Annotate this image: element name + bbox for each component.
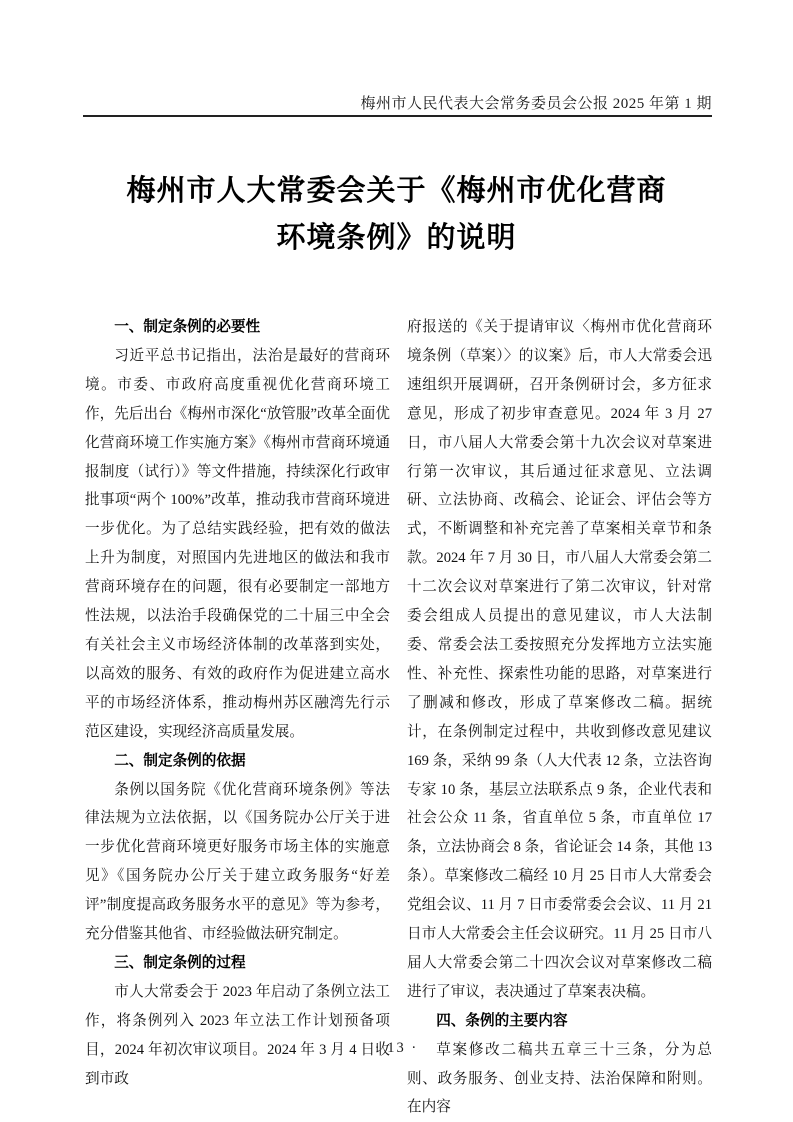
section-heading: 三、制定条例的过程 — [85, 949, 390, 978]
column-right: 府报送的《关于提请审议〈梅州市优化营商环境条例（草案）〉的议案》后，市人大常委会… — [407, 313, 712, 1122]
document-title-line-1: 梅州市人大常委会关于《梅州市优化营商 — [0, 168, 793, 215]
column-left: 一、制定条例的必要性习近平总书记指出，法治是最好的营商环境。市委、市政府高度重视… — [85, 313, 390, 1122]
gazette-page: 梅州市人民代表大会常务委员会公报 2025 年第 1 期 梅州市人大常委会关于《… — [0, 0, 793, 1122]
paragraph: 市人大常委会于 2023 年启动了条例立法工作，将条例列入 2023 年立法工作… — [85, 978, 390, 1094]
body-columns: 一、制定条例的必要性习近平总书记指出，法治是最好的营商环境。市委、市政府高度重视… — [85, 313, 712, 1122]
paragraph: 习近平总书记指出，法治是最好的营商环境。市委、市政府高度重视优化营商环境工作，先… — [85, 342, 390, 747]
header-rule-divider — [83, 115, 712, 117]
section-heading: 四、条例的主要内容 — [407, 1007, 712, 1036]
document-title-line-2: 环境条例》的说明 — [0, 215, 793, 262]
paragraph: 府报送的《关于提请审议〈梅州市优化营商环境条例（草案）〉的议案》后，市人大常委会… — [407, 313, 712, 1007]
paragraph: 条例以国务院《优化营商环境条例》等法律法规为立法依据，以《国务院办公厅关于进一步… — [85, 776, 390, 949]
document-title: 梅州市人大常委会关于《梅州市优化营商 环境条例》的说明 — [0, 168, 793, 262]
section-heading: 一、制定条例的必要性 — [85, 313, 390, 342]
running-header: 梅州市人民代表大会常务委员会公报 2025 年第 1 期 — [83, 92, 712, 113]
page-number: · 13 · — [0, 1040, 793, 1057]
section-heading: 二、制定条例的依据 — [85, 747, 390, 776]
